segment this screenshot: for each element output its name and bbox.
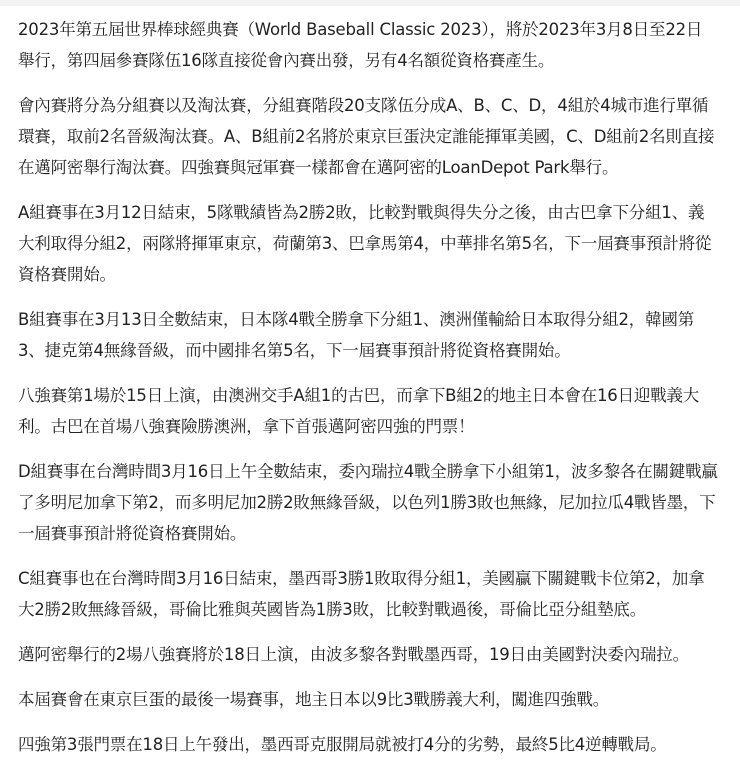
paragraph-quarterfinal-1: 八強賽第1場於15日上演，由澳洲交手A組1的古巴，而拿下B組2的地主日本會在16… [18, 380, 718, 442]
paragraph-group-b: B組賽事在3月13日全數結束，日本隊4戰全勝拿下分組1、澳洲僅輸給日本取得分組2… [18, 304, 718, 366]
paragraph-group-c: C組賽事也在台灣時間3月16日結束，墨西哥3勝1敗取得分組1，美國贏下關鍵戰卡位… [18, 563, 718, 625]
paragraph-format: 會內賽將分為分組賽以及淘汰賽，分組賽階段20支隊伍分成A、B、C、D，4組於4城… [18, 90, 718, 183]
paragraph-tokyo-final-game: 本屆賽會在東京巨蛋的最後一場賽事，地主日本以9比3戰勝義大利，闖進四強戰。 [18, 684, 718, 715]
paragraph-intro: 2023年第五屆世界棒球經典賽（World Baseball Classic 2… [18, 14, 718, 76]
paragraph-semifinal-ticket-3: 四強第3張門票在18日上午發出，墨西哥克服開局就被打4分的劣勢，最終5比4逆轉戰… [18, 729, 718, 760]
paragraph-group-d: D組賽事在台灣時間3月16日上午全數結束，委內瑞拉4戰全勝拿下小組第1，波多黎各… [18, 456, 718, 549]
article-body: 2023年第五屆世界棒球經典賽（World Baseball Classic 2… [0, 6, 740, 760]
paragraph-group-a: A組賽事在3月12日結束，5隊戰績皆為2勝2敗，比較對戰與得失分之後，由古巴拿下… [18, 197, 718, 290]
paragraph-miami-quarterfinals: 邁阿密舉行的2場八強賽將於18日上演，由波多黎各對戰墨西哥，19日由美國對決委內… [18, 639, 718, 670]
